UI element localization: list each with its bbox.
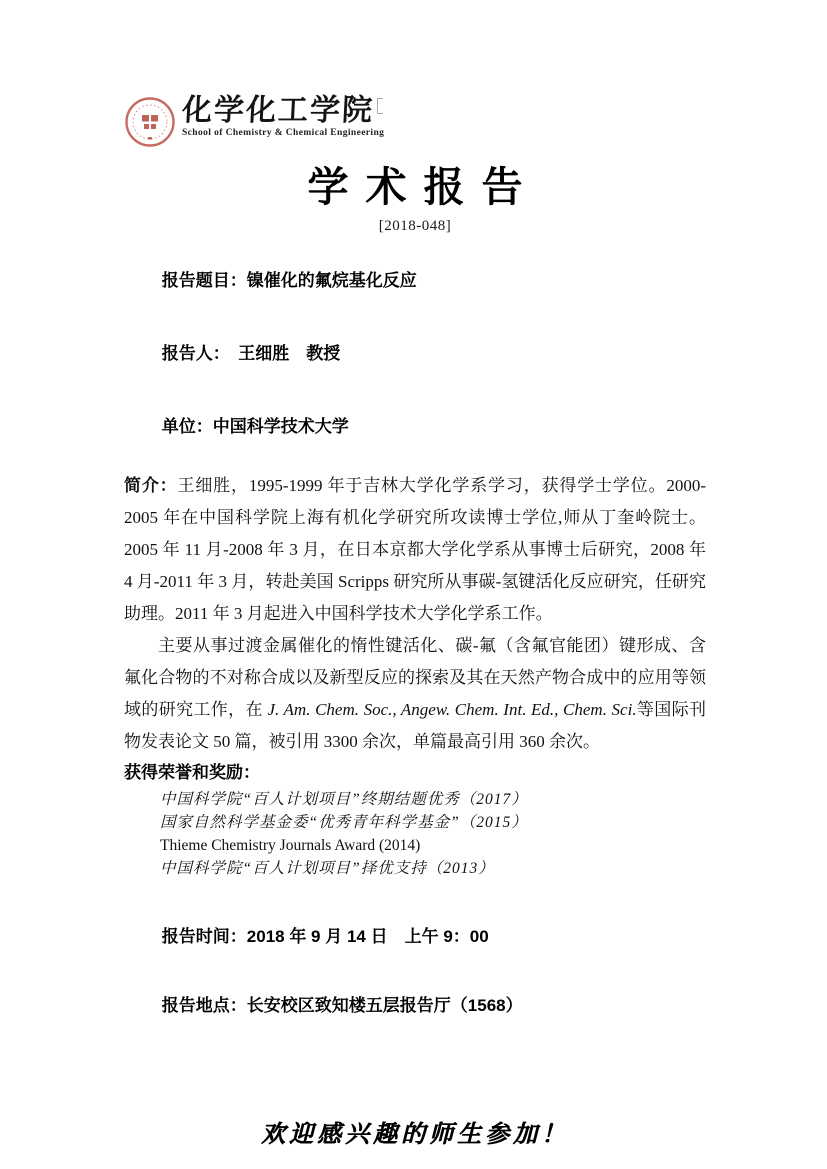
honors-item: Thieme Chemistry Journals Award (2014): [160, 834, 706, 857]
schedule-block: 报告时间：2018 年 9 月 14 日 上午 9：00 报告地点：长安校区致知…: [124, 902, 706, 1040]
report-speaker-label: 报告人：: [162, 344, 222, 363]
report-speaker-value: 王细胜 教授: [221, 344, 340, 363]
bio-paragraph: 简介：王细胜，1995-1999 年于吉林大学化学系学习，获得学士学位。2000…: [124, 470, 706, 630]
report-speaker-row: 报告人： 王细胜 教授: [124, 324, 706, 384]
journal-names: J. Am. Chem. Soc., Angew. Chem. Int. Ed.…: [267, 700, 636, 719]
research-paragraph: 主要从事过渡金属催化的惰性键活化、碳-氟（含氟官能团）键形成、含氟化合物的不对称…: [124, 630, 706, 758]
report-number: [2018-048]: [124, 218, 706, 235]
bio-text: 王细胜，1995-1999 年于吉林大学化学系学习，获得学士学位。2000-20…: [124, 476, 706, 623]
report-affiliation-value: 中国科学技术大学: [213, 417, 349, 436]
page-content: 化学化工学院 School of Chemistry & Chemical En…: [124, 95, 706, 1149]
report-place-row: 报告地点：长安校区致知楼五层报告厅（1568）: [124, 971, 706, 1040]
honors-item: 国家自然科学基金委“优秀青年科学基金”（2015）: [160, 811, 706, 834]
report-topic-row: 报告题目：镍催化的氟烷基化反应: [124, 251, 706, 311]
honors-list: 中国科学院“百人计划项目”终期结题优秀（2017） 国家自然科学基金委“优秀青年…: [124, 788, 706, 880]
announcement-page: 化学化工学院 School of Chemistry & Chemical En…: [0, 0, 827, 1169]
report-time-row: 报告时间：2018 年 9 月 14 日 上午 9：00: [124, 902, 706, 971]
report-affiliation-row: 单位：中国科学技术大学: [124, 397, 706, 457]
report-topic-value: 镍催化的氟烷基化反应: [247, 271, 417, 290]
report-place-label: 报告地点：: [162, 996, 247, 1015]
welcome-line: 欢迎感兴趣的师生参加！: [124, 1114, 706, 1149]
honors-heading: 获得荣誉和奖励：: [124, 760, 706, 786]
bio-label: 简介：: [124, 476, 178, 495]
logo-text-block: 化学化工学院 School of Chemistry & Chemical En…: [182, 95, 384, 138]
report-time-value: 2018 年 9 月 14 日 上午 9：00: [247, 927, 489, 946]
org-name-cn: 化学化工学院: [181, 95, 375, 127]
org-name-en: School of Chemistry & Chemical Engineeri…: [182, 128, 384, 138]
page-title: 学术报告: [124, 163, 706, 211]
report-topic-label: 报告题目：: [162, 271, 247, 290]
school-seal-icon: [124, 96, 176, 148]
report-place-value: 长安校区致知楼五层报告厅（1568）: [247, 996, 523, 1015]
honors-item: 中国科学院“百人计划项目”择优支持（2013）: [160, 857, 706, 880]
report-time-label: 报告时间：: [162, 927, 247, 946]
school-logo: 化学化工学院 School of Chemistry & Chemical En…: [124, 95, 706, 151]
report-affiliation-label: 单位：: [162, 417, 213, 436]
logo-signature-mark: [377, 98, 383, 114]
honors-item: 中国科学院“百人计划项目”终期结题优秀（2017）: [160, 788, 706, 811]
header-fields: 报告题目：镍催化的氟烷基化反应 报告人： 王细胜 教授 单位：中国科学技术大学: [124, 251, 706, 457]
